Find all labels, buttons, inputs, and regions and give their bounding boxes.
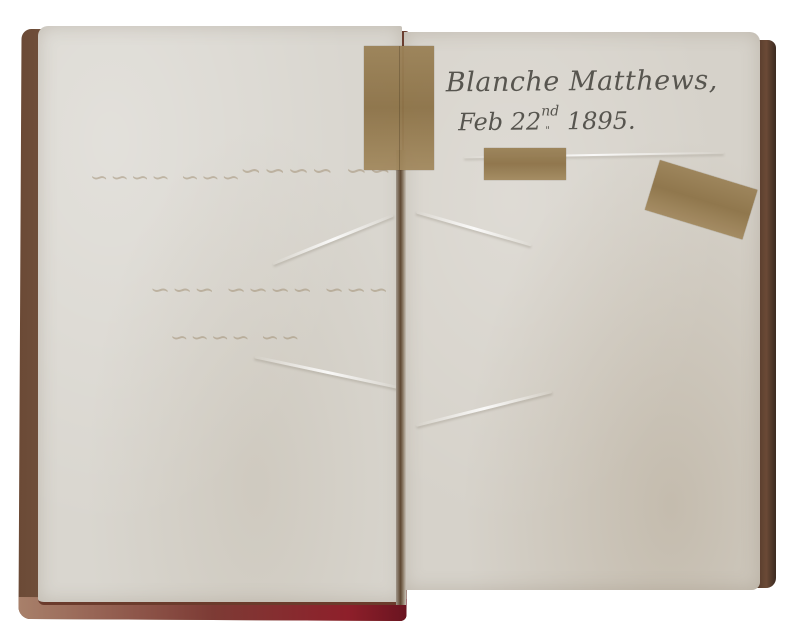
left-page: ~~~ ~~~~ ~~~~ ~~~~ ~~~ ~~~~ ~~~ ~~ ~~~~: [38, 26, 402, 605]
handwritten-inscription: Blanche Matthews, Feb 22nd" 1895.: [446, 65, 757, 137]
paper-crease: [416, 390, 553, 427]
ditto-mark: ": [545, 125, 550, 136]
ghost-writing-line: ~~ ~~~~: [168, 326, 300, 351]
paper-crease: [254, 355, 401, 389]
inscription-date: Feb 22nd" 1895.: [458, 102, 756, 137]
tape-strip-spine: [364, 46, 434, 170]
paper-crease: [272, 214, 394, 265]
book-photo: ~~~ ~~~~ ~~~~ ~~~~ ~~~ ~~~~ ~~~ ~~ ~~~~ …: [0, 0, 800, 641]
ghost-writing-line: ~~~ ~~~~: [88, 166, 240, 191]
ghost-writing-line: ~~~ ~~~~ ~~~: [148, 276, 388, 304]
date-ordinal: nd": [541, 103, 559, 119]
spine-gutter: [396, 150, 406, 605]
paper-crease: [416, 211, 532, 247]
inscription-name: Blanche Matthews,: [446, 65, 756, 99]
tape-strip-center: [484, 148, 566, 180]
date-year: 1895.: [567, 107, 636, 136]
date-month-day: Feb 22: [458, 108, 541, 137]
